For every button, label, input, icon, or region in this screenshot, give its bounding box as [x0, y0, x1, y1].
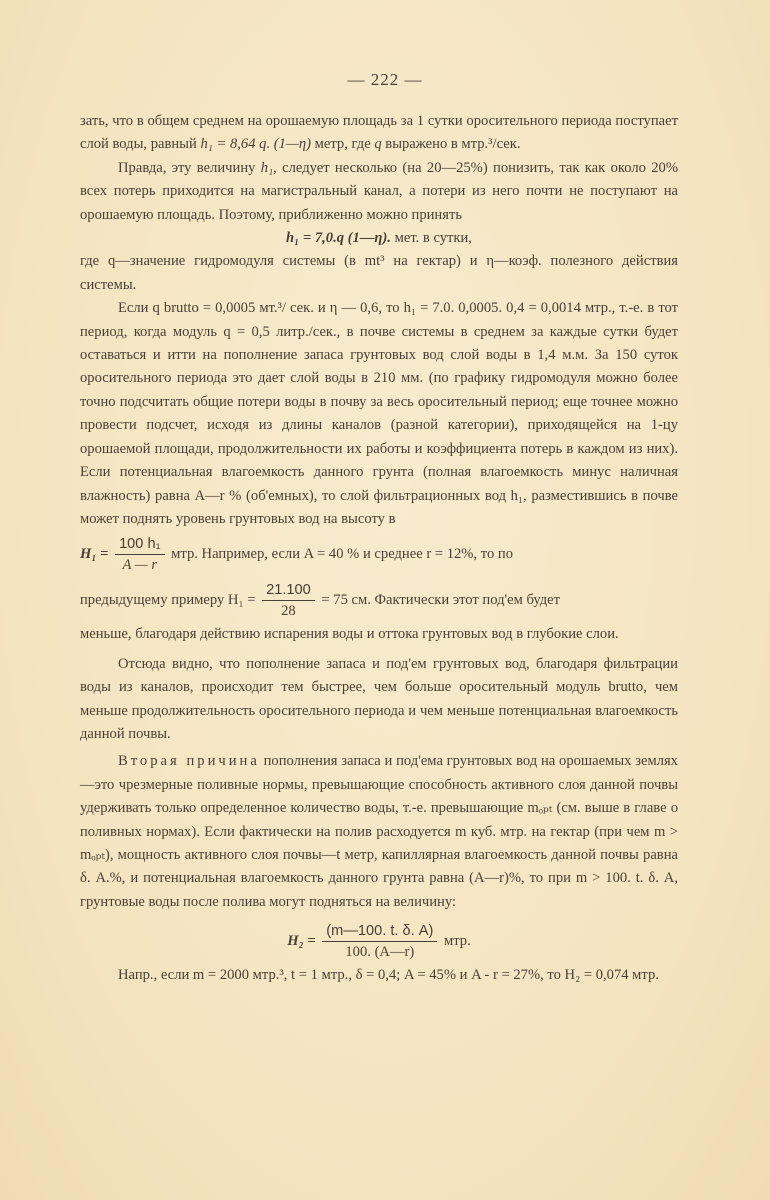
- formula-1: h₁ = 7,0.q (1—η). мет. в сутки,: [80, 227, 678, 250]
- page-number: — 222 —: [0, 70, 770, 90]
- page-body: зать, что в общем среднем на орошаемую п…: [80, 110, 678, 988]
- paragraph-7: Вторая причина пополнения запаса и под'е…: [80, 750, 678, 914]
- formula-4: H₂ = (m—100. t. δ. A) 100. (A—r) мтр.: [80, 918, 678, 964]
- document-page: — 222 — зать, что в общем среднем на оро…: [0, 0, 770, 1200]
- fraction-3: 21.100 28: [262, 580, 315, 621]
- paragraph-3: где q—значение гидромодуля системы (в mt…: [80, 250, 678, 297]
- paragraph-8: Напр., если m = 2000 мтр.³, t = 1 мтр., …: [80, 964, 678, 987]
- paragraph-2: Правда, эту величину h₁, следует несколь…: [80, 157, 678, 227]
- formula-3-line: предыдущему примеру H₁ = 21.100 28 = 75 …: [80, 577, 678, 623]
- fraction-2: 100 h₁ A — r: [115, 534, 164, 575]
- paragraph-4: Если q brutto = 0,0005 мт.³/ сек. и η — …: [80, 297, 678, 531]
- fraction-4: (m—100. t. δ. A) 100. (A—r): [322, 921, 437, 962]
- paragraph-1: зать, что в общем среднем на орошаемую п…: [80, 110, 678, 157]
- paragraph-5: меньше, благодаря действию испарения вод…: [80, 623, 678, 646]
- formula-h1: h₁ = 8,64 q. (1—η): [200, 136, 311, 152]
- formula-2-line: H₁ = 100 h₁ A — r мтр. Например, если A …: [80, 531, 678, 577]
- paragraph-6: Отсюда видно, что пополнение запаса и по…: [80, 653, 678, 747]
